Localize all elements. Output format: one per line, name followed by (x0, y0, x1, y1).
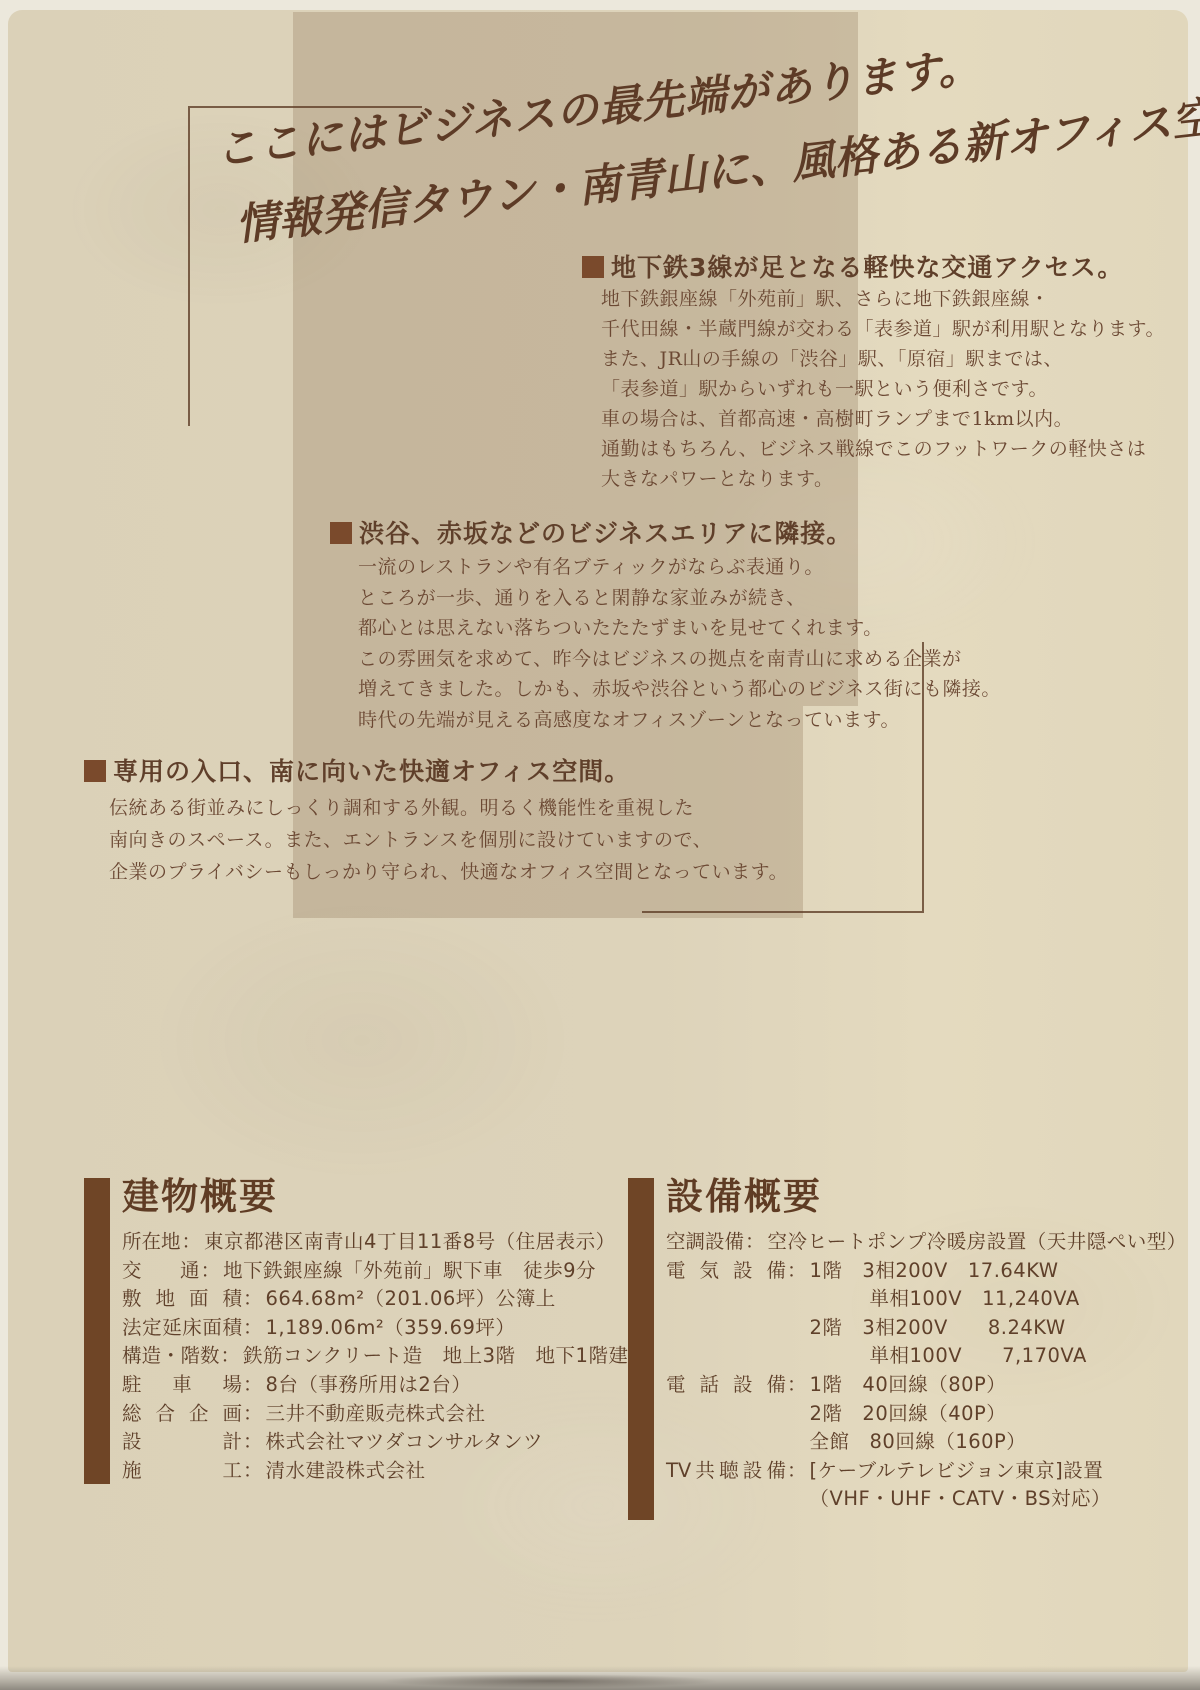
body-line: 通勤はもちろん、ビジネス戦線でこのフットワークの軽快さは (601, 434, 1165, 464)
row-label: 空調設備 (666, 1228, 744, 1257)
section-title-access: 地下鉄3線が足となる軽快な交通アクセス。 (582, 248, 1123, 284)
body-line: 伝統ある街並みにしっくり調和する外観。明るく機能性を重視した (109, 792, 788, 824)
row-colon (786, 1485, 810, 1514)
table-row: 駐車場：8台（事務所用は2台） (122, 1371, 596, 1400)
row-value: 清水建設株式会社 (266, 1457, 426, 1486)
row-label (666, 1400, 786, 1429)
table-row: 電話設備：1階 40回線（80P） (666, 1371, 1168, 1400)
row-label: 電話設備 (666, 1371, 786, 1400)
body-line: 車の場合は、首都高速・高樹町ランプまで1km以内。 (601, 404, 1165, 434)
row-value: 地下鉄銀座線「外苑前」駅下車 徒歩9分 (223, 1257, 596, 1286)
square-bullet-icon (84, 760, 106, 782)
row-label: 電気設備 (666, 1257, 786, 1286)
row-value: 1階 40回線（80P） (810, 1371, 1007, 1400)
row-colon (786, 1400, 810, 1429)
body-line: 企業のプライバシーもしっかり守られ、快適なオフィス空間となっています。 (109, 856, 788, 888)
table-row: 構造・階数：鉄筋コンクリート造 地上3階 地下1階建 (122, 1342, 596, 1371)
table-accent-bar (84, 1178, 110, 1484)
body-line: 地下鉄銀座線「外苑前」駅、さらに地下鉄銀座線・ (601, 284, 1165, 314)
row-colon: ： (242, 1457, 266, 1486)
row-colon: ： (220, 1342, 244, 1371)
body-line: 「表参道」駅からいずれも一駅という便利さです。 (601, 374, 1165, 404)
body-line: 一流のレストランや有名ブティックがならぶ表通り。 (358, 552, 1001, 583)
row-colon: ： (242, 1285, 266, 1314)
table-row: 交通：地下鉄銀座線「外苑前」駅下車 徒歩9分 (122, 1257, 596, 1286)
body-line: 増えてきました。しかも、赤坂や渋谷という都心のビジネス街にも隣接。 (358, 674, 1001, 705)
section-title-text: 専用の入口、南に向いた快適オフィス空間。 (113, 757, 630, 786)
body-line: 時代の先端が見える高感度なオフィスゾーンとなっています。 (358, 705, 1001, 736)
row-label: 設計 (122, 1428, 242, 1457)
row-label: TV共聴設備 (666, 1457, 786, 1486)
body-line: 千代田線・半蔵門線が交わる「表参道」駅が利用駅となります。 (601, 314, 1165, 344)
square-bullet-icon (582, 256, 604, 278)
row-value: [ケーブルテレビジョン東京]設置 (810, 1457, 1104, 1486)
facilities-overview-table: 設備概要 空調設備：空冷ヒートポンプ冷暖房設置（天井隠ぺい型） 電気設備：1階 … (628, 1176, 1168, 1514)
row-label: 所在地 (122, 1228, 181, 1257)
facilities-overview-title: 設備概要 (666, 1176, 1168, 1218)
table-row: TV共聴設備：[ケーブルテレビジョン東京]設置 (666, 1457, 1168, 1486)
section-title-text: 渋谷、赤坂などのビジネスエリアに隣接。 (359, 519, 852, 548)
table-row: 法定延床面積：1,189.06m²（359.69坪） (122, 1314, 596, 1343)
table-row: 施工：清水建設株式会社 (122, 1457, 596, 1486)
row-label (666, 1314, 786, 1343)
row-colon: ： (786, 1257, 810, 1286)
section-title-office-space: 専用の入口、南に向いた快適オフィス空間。 (84, 752, 630, 788)
section-title-text: 地下鉄3線が足となる軽快な交通アクセス。 (611, 253, 1123, 282)
row-value: 鉄筋コンクリート造 地上3階 地下1階建 (243, 1342, 628, 1371)
table-row: 所在地：東京都港区南青山4丁目11番8号（住居表示） (122, 1228, 596, 1257)
row-value: 三井不動産販売株式会社 (266, 1400, 486, 1429)
row-label: 構造・階数 (122, 1342, 220, 1371)
row-colon: ： (242, 1314, 266, 1343)
body-line: また、JR山の手線の「渋谷」駅、「原宿」駅までは、 (601, 344, 1165, 374)
section-body-office-space: 伝統ある街並みにしっくり調和する外観。明るく機能性を重視した 南向きのスペース。… (109, 792, 788, 888)
row-value: 8台（事務所用は2台） (266, 1371, 472, 1400)
section-title-business-area: 渋谷、赤坂などのビジネスエリアに隣接。 (330, 514, 852, 550)
scan-bottom-smudge (380, 1674, 720, 1688)
square-bullet-icon (330, 522, 352, 544)
row-value: 空冷ヒートポンプ冷暖房設置（天井隠ぺい型） (768, 1228, 1187, 1257)
row-colon: ： (242, 1400, 266, 1429)
row-value: 単相100V 11,240VA (810, 1285, 1080, 1314)
table-row: 総合企画：三井不動産販売株式会社 (122, 1400, 596, 1429)
row-value: 1階 3相200V 17.64KW (810, 1257, 1059, 1286)
table-row: 2階 20回線（40P） (666, 1400, 1168, 1429)
row-colon (786, 1342, 810, 1371)
row-label (666, 1428, 786, 1457)
table-row: 空調設備：空冷ヒートポンプ冷暖房設置（天井隠ぺい型） (666, 1228, 1168, 1257)
body-line: この雰囲気を求めて、昨今はビジネスの拠点を南青山に求める企業が (358, 644, 1001, 675)
row-value: 単相100V 7,170VA (810, 1342, 1087, 1371)
row-colon: ： (181, 1228, 205, 1257)
row-label: 施工 (122, 1457, 242, 1486)
body-line: 大きなパワーとなります。 (601, 464, 1165, 494)
row-value: （VHF・UHF・CATV・BS対応） (810, 1485, 1111, 1514)
body-line: 都心とは思えない落ちついたたたずまいを見せてくれます。 (358, 613, 1001, 644)
section-body-business-area: 一流のレストランや有名ブティックがならぶ表通り。 ところが一歩、通りを入ると閑静… (358, 552, 1001, 735)
row-label (666, 1342, 786, 1371)
table-row: （VHF・UHF・CATV・BS対応） (666, 1485, 1168, 1514)
row-value: 全館 80回線（160P） (810, 1428, 1027, 1457)
table-row: 2階 3相200V 8.24KW (666, 1314, 1168, 1343)
row-value: 664.68m²（201.06坪）公簿上 (266, 1285, 556, 1314)
row-label: 総合企画 (122, 1400, 242, 1429)
row-label: 敷地面積 (122, 1285, 242, 1314)
table-accent-bar (628, 1178, 654, 1520)
row-label: 駐車場 (122, 1371, 242, 1400)
row-colon: ： (200, 1257, 224, 1286)
row-colon (786, 1314, 810, 1343)
row-colon: ： (744, 1228, 768, 1257)
section-body-access: 地下鉄銀座線「外苑前」駅、さらに地下鉄銀座線・ 千代田線・半蔵門線が交わる「表参… (601, 284, 1165, 494)
table-row: 電気設備：1階 3相200V 17.64KW (666, 1257, 1168, 1286)
row-value: 東京都港区南青山4丁目11番8号（住居表示） (204, 1228, 616, 1257)
body-line: 南向きのスペース。また、エントランスを個別に設けていますので、 (109, 824, 788, 856)
row-label (666, 1285, 786, 1314)
building-overview-title: 建物概要 (122, 1176, 596, 1218)
row-value: 1,189.06m²（359.69坪） (266, 1314, 516, 1343)
table-row: 敷地面積：664.68m²（201.06坪）公簿上 (122, 1285, 596, 1314)
row-label: 交通 (122, 1257, 200, 1286)
table-row: 単相100V 11,240VA (666, 1285, 1168, 1314)
building-overview-table: 建物概要 所在地：東京都港区南青山4丁目11番8号（住居表示） 交通：地下鉄銀座… (84, 1176, 596, 1485)
row-label: 法定延床面積 (122, 1314, 242, 1343)
row-colon: ： (786, 1457, 810, 1486)
row-colon (786, 1428, 810, 1457)
row-value: 2階 20回線（40P） (810, 1400, 1007, 1429)
row-colon: ： (242, 1371, 266, 1400)
table-row: 全館 80回線（160P） (666, 1428, 1168, 1457)
row-value: 2階 3相200V 8.24KW (810, 1314, 1066, 1343)
table-row: 設計：株式会社マツダコンサルタンツ (122, 1428, 596, 1457)
row-value: 株式会社マツダコンサルタンツ (266, 1428, 543, 1457)
row-colon: ： (786, 1371, 810, 1400)
body-line: ところが一歩、通りを入ると閑静な家並みが続き、 (358, 583, 1001, 614)
table-row: 単相100V 7,170VA (666, 1342, 1168, 1371)
row-colon: ： (242, 1428, 266, 1457)
row-colon (786, 1285, 810, 1314)
brochure-page: ここにはビジネスの最先端があります。 情報発信タウン・南青山に、風格ある新オフィ… (0, 0, 1200, 1690)
row-label (666, 1485, 786, 1514)
